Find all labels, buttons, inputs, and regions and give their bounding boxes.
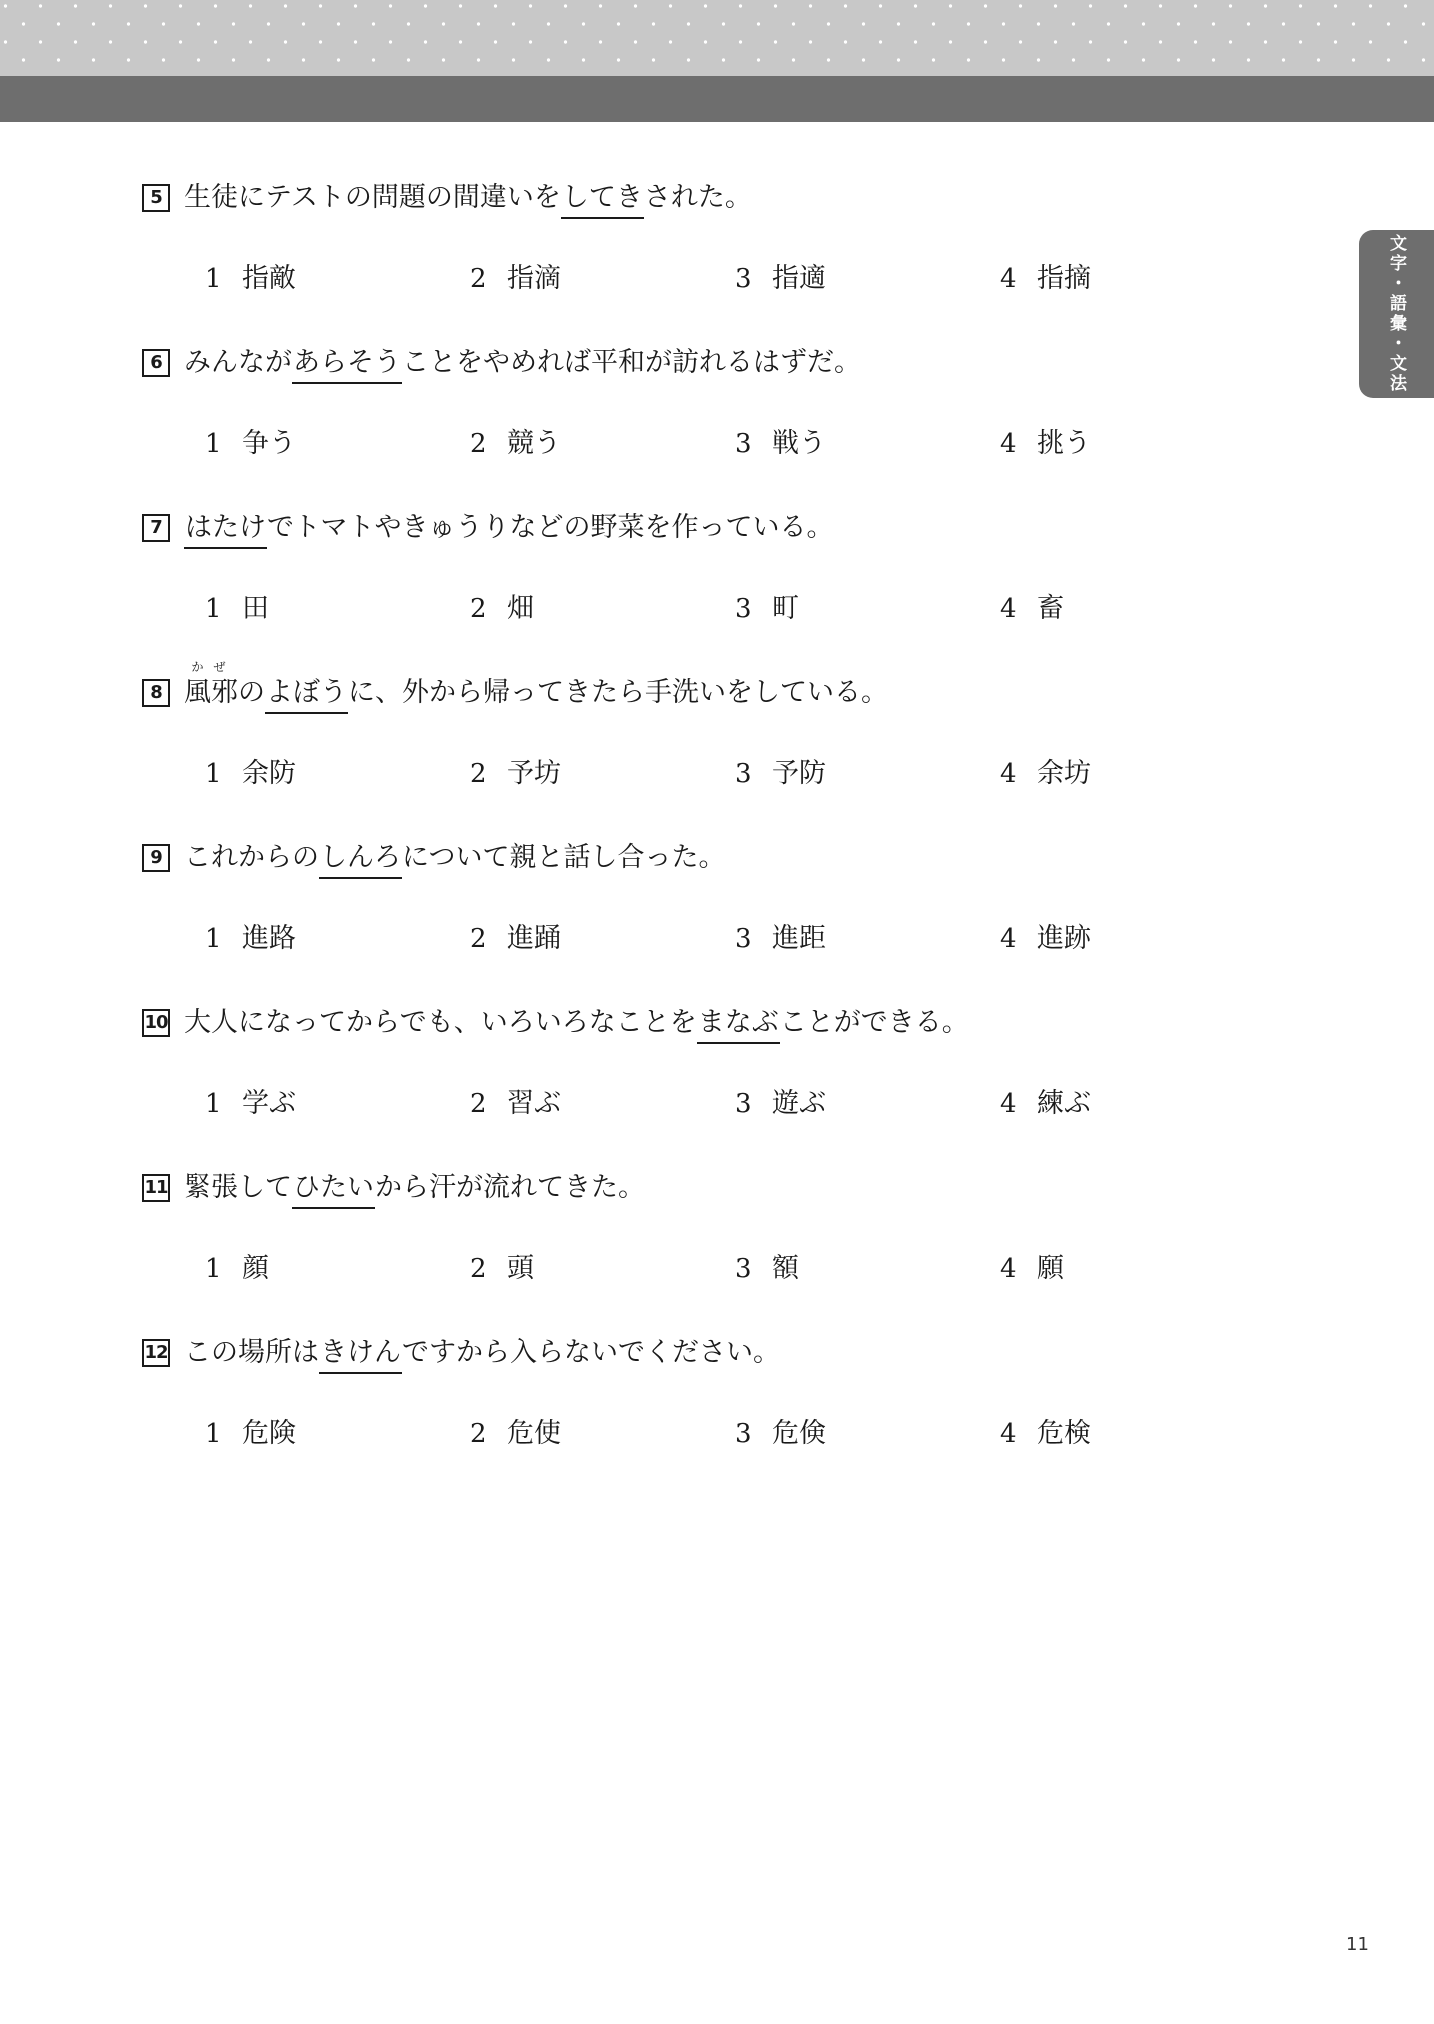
sentence-post-text: に、外から帰ってきたら手洗いをしている。 — [348, 677, 888, 708]
question-number-badge: 8 — [142, 679, 170, 707]
question-sentence-row: 7 はたけでトマトやきゅうりなどの野菜を作っている。 — [142, 510, 1352, 549]
answer-choice: 1 田 — [205, 586, 470, 625]
choice-text: 練ぶ — [1037, 1081, 1091, 1120]
choice-number: 3 — [735, 594, 772, 624]
choice-number: 4 — [1000, 1254, 1037, 1284]
question-sentence: これからのしんろについて親と話し合った。 — [184, 840, 725, 879]
answer-choice: 3 指適 — [735, 256, 1000, 295]
sentence-underlined-word: まなぶ — [697, 1007, 780, 1044]
section-side-tab-label: 文字・語彙・文法 — [1384, 234, 1409, 394]
choice-text: 進踊 — [507, 916, 561, 955]
choice-text: 町 — [772, 586, 799, 625]
ruby-word: かぜ風邪 — [184, 675, 238, 711]
question-number-badge: 7 — [142, 514, 170, 542]
choice-number: 4 — [1000, 429, 1037, 459]
answer-choice: 1 進路 — [205, 916, 470, 955]
sentence-pre-text: 生徒にテストの問題の間違いを — [184, 182, 561, 213]
choice-number: 3 — [735, 759, 772, 789]
question-number: 12 — [144, 1344, 167, 1362]
choice-text: 願 — [1037, 1246, 1064, 1285]
answer-choice: 3 町 — [735, 586, 1000, 625]
answer-choice: 2 危使 — [470, 1411, 735, 1450]
question-number: 9 — [150, 849, 162, 867]
answer-choice: 4 進跡 — [1000, 916, 1265, 955]
sentence-post-text: ですから入らないでください。 — [402, 1337, 780, 1368]
answer-choice: 1 学ぶ — [205, 1081, 470, 1120]
answer-choice: 2 予坊 — [470, 751, 735, 790]
header-dot-pattern-band — [0, 0, 1434, 76]
choice-number: 1 — [205, 759, 242, 789]
sentence-pre-text: これからの — [184, 842, 319, 873]
choice-text: 進跡 — [1037, 916, 1091, 955]
answer-choice: 1 指敵 — [205, 256, 470, 295]
question-sentence: 緊張してひたいから汗が流れてきた。 — [184, 1170, 645, 1209]
exam-page: { "page": { "number": "11", "side_tab_la… — [0, 0, 1434, 2024]
sentence-pre-text: 大人になってからでも、いろいろなことを — [184, 1007, 697, 1038]
sentence-post-text: について親と話し合った。 — [402, 842, 725, 873]
choice-number: 2 — [470, 1089, 507, 1119]
answer-choice: 1 危険 — [205, 1411, 470, 1450]
sentence-pre-text: この場所は — [184, 1337, 319, 1368]
question-number: 8 — [150, 684, 162, 702]
choice-text: 頭 — [507, 1246, 534, 1285]
question-sentence-row: 6 みんながあらそうことをやめれば平和が訪れるはずだ。 — [142, 345, 1352, 384]
sentence-underlined-word: してき — [561, 182, 644, 219]
choice-number: 3 — [735, 1419, 772, 1449]
choice-text: 進距 — [772, 916, 826, 955]
sentence-post-text: から汗が流れてきた。 — [375, 1172, 645, 1203]
choice-number: 3 — [735, 264, 772, 294]
choice-number: 4 — [1000, 594, 1037, 624]
choice-text: 危検 — [1037, 1411, 1091, 1450]
choice-number: 4 — [1000, 264, 1037, 294]
question-number: 10 — [144, 1014, 167, 1032]
choice-number: 3 — [735, 1254, 772, 1284]
choice-number: 3 — [735, 1089, 772, 1119]
question-sentence-row: 10 大人になってからでも、いろいろなことをまなぶことができる。 — [142, 1005, 1352, 1044]
question-sentence-row: 12 この場所はきけんですから入らないでください。 — [142, 1335, 1352, 1374]
answer-choice: 4 危検 — [1000, 1411, 1265, 1450]
sentence-underlined-word: あらそう — [292, 347, 402, 384]
question-sentence: みんながあらそうことをやめれば平和が訪れるはずだ。 — [184, 345, 861, 384]
answer-choice: 4 挑う — [1000, 421, 1265, 460]
question-number-badge: 10 — [142, 1009, 170, 1037]
choices-row: 1 進路 2 進踊 3 進距 4 進跡 — [205, 916, 1265, 955]
choice-number: 2 — [470, 924, 507, 954]
question-sentence-row: 8 かぜ風邪のよぼうに、外から帰ってきたら手洗いをしている。 — [142, 675, 1352, 714]
choice-number: 1 — [205, 924, 242, 954]
answer-choice: 4 願 — [1000, 1246, 1265, 1285]
answer-choice: 2 頭 — [470, 1246, 735, 1285]
answer-choice: 2 習ぶ — [470, 1081, 735, 1120]
question-block: 11 緊張してひたいから汗が流れてきた。 1 顔 2 頭 3 額 4 願 — [142, 1170, 1352, 1320]
choice-number: 1 — [205, 594, 242, 624]
question-number-badge: 11 — [142, 1174, 170, 1202]
choices-row: 1 顔 2 頭 3 額 4 願 — [205, 1246, 1265, 1285]
choice-text: 予坊 — [507, 751, 561, 790]
choice-number: 4 — [1000, 1419, 1037, 1449]
choice-number: 3 — [735, 924, 772, 954]
header-dark-band — [0, 76, 1434, 122]
choice-number: 2 — [470, 1419, 507, 1449]
choice-number: 1 — [205, 429, 242, 459]
question-sentence: 大人になってからでも、いろいろなことをまなぶことができる。 — [184, 1005, 969, 1044]
choice-number: 2 — [470, 264, 507, 294]
sentence-post-text: ことができる。 — [780, 1007, 969, 1038]
question-block: 9 これからのしんろについて親と話し合った。 1 進路 2 進踊 3 進距 4 … — [142, 840, 1352, 990]
choices-row: 1 危険 2 危使 3 危倹 4 危検 — [205, 1411, 1265, 1450]
choice-text: 指敵 — [242, 256, 296, 295]
question-block: 10 大人になってからでも、いろいろなことをまなぶことができる。 1 学ぶ 2 … — [142, 1005, 1352, 1155]
choices-row: 1 争う 2 競う 3 戦う 4 挑う — [205, 421, 1265, 460]
choices-row: 1 田 2 畑 3 町 4 畜 — [205, 586, 1265, 625]
sentence-underlined-word: ひたい — [292, 1172, 375, 1209]
question-number-badge: 9 — [142, 844, 170, 872]
sentence-underlined-word: きけん — [319, 1337, 402, 1374]
sentence-underlined-word: しんろ — [319, 842, 402, 879]
choice-text: 指滴 — [507, 256, 561, 295]
sentence-pre-text: の — [238, 677, 265, 708]
answer-choice: 4 余坊 — [1000, 751, 1265, 790]
choice-text: 顔 — [242, 1246, 269, 1285]
page-number: 11 — [1346, 1934, 1369, 1955]
choice-text: 田 — [242, 586, 269, 625]
answer-choice: 3 額 — [735, 1246, 1000, 1285]
choice-text: 挑う — [1037, 421, 1091, 460]
question-block: 5 生徒にテストの問題の間違いをしてきされた。 1 指敵 2 指滴 3 指適 4… — [142, 180, 1352, 330]
choice-text: 争う — [242, 421, 296, 460]
choice-number: 4 — [1000, 759, 1037, 789]
choice-number: 2 — [470, 429, 507, 459]
question-block: 6 みんながあらそうことをやめれば平和が訪れるはずだ。 1 争う 2 競う 3 … — [142, 345, 1352, 495]
question-block: 7 はたけでトマトやきゅうりなどの野菜を作っている。 1 田 2 畑 3 町 4… — [142, 510, 1352, 660]
choice-text: 予防 — [772, 751, 826, 790]
question-block: 8 かぜ風邪のよぼうに、外から帰ってきたら手洗いをしている。 1 余防 2 予坊… — [142, 675, 1352, 825]
answer-choice: 4 指摘 — [1000, 256, 1265, 295]
choice-text: 危倹 — [772, 1411, 826, 1450]
answer-choice: 2 指滴 — [470, 256, 735, 295]
choice-text: 余防 — [242, 751, 296, 790]
furigana-reading: かぜ — [186, 661, 235, 673]
question-number: 5 — [150, 189, 162, 207]
question-sentence: かぜ風邪のよぼうに、外から帰ってきたら手洗いをしている。 — [184, 675, 888, 714]
choice-text: 学ぶ — [242, 1081, 296, 1120]
answer-choice: 1 顔 — [205, 1246, 470, 1285]
answer-choice: 1 争う — [205, 421, 470, 460]
question-number-badge: 12 — [142, 1339, 170, 1367]
answer-choice: 2 進踊 — [470, 916, 735, 955]
sentence-post-text: された。 — [644, 182, 752, 213]
answer-choice: 2 競う — [470, 421, 735, 460]
question-sentence: この場所はきけんですから入らないでください。 — [184, 1335, 780, 1374]
answer-choice: 3 戦う — [735, 421, 1000, 460]
question-number-badge: 5 — [142, 184, 170, 212]
sentence-underlined-word: よぼう — [265, 677, 348, 714]
question-sentence-row: 5 生徒にテストの問題の間違いをしてきされた。 — [142, 180, 1352, 219]
question-number-badge: 6 — [142, 349, 170, 377]
sentence-pre-text: みんなが — [184, 347, 292, 378]
ruby-base-text: 風邪 — [184, 677, 238, 708]
choice-text: 危険 — [242, 1411, 296, 1450]
choice-number: 1 — [205, 264, 242, 294]
question-sentence: 生徒にテストの問題の間違いをしてきされた。 — [184, 180, 752, 219]
question-sentence: はたけでトマトやきゅうりなどの野菜を作っている。 — [184, 510, 833, 549]
choice-number: 3 — [735, 429, 772, 459]
answer-choice: 2 畑 — [470, 586, 735, 625]
choice-text: 畑 — [507, 586, 534, 625]
choice-number: 1 — [205, 1419, 242, 1449]
question-sentence-row: 9 これからのしんろについて親と話し合った。 — [142, 840, 1352, 879]
choice-text: 戦う — [772, 421, 826, 460]
answer-choice: 4 練ぶ — [1000, 1081, 1265, 1120]
choice-number: 2 — [470, 594, 507, 624]
choice-text: 余坊 — [1037, 751, 1091, 790]
choice-number: 2 — [470, 759, 507, 789]
choice-text: 指適 — [772, 256, 826, 295]
answer-choice: 1 余防 — [205, 751, 470, 790]
section-side-tab: 文字・語彙・文法 — [1359, 230, 1434, 398]
choice-text: 危使 — [507, 1411, 561, 1450]
choice-number: 4 — [1000, 924, 1037, 954]
sentence-post-text: ことをやめれば平和が訪れるはずだ。 — [402, 347, 861, 378]
answer-choice: 4 畜 — [1000, 586, 1265, 625]
choice-number: 1 — [205, 1089, 242, 1119]
choice-text: 競う — [507, 421, 561, 460]
choice-text: 指摘 — [1037, 256, 1091, 295]
sentence-underlined-word: はたけ — [184, 512, 267, 549]
choice-text: 進路 — [242, 916, 296, 955]
choice-text: 習ぶ — [507, 1081, 561, 1120]
answer-choice: 3 予防 — [735, 751, 1000, 790]
question-number: 7 — [150, 519, 162, 537]
question-number: 6 — [150, 354, 162, 372]
choices-row: 1 学ぶ 2 習ぶ 3 遊ぶ 4 練ぶ — [205, 1081, 1265, 1120]
choice-number: 2 — [470, 1254, 507, 1284]
question-number: 11 — [144, 1179, 167, 1197]
answer-choice: 3 遊ぶ — [735, 1081, 1000, 1120]
choice-number: 4 — [1000, 1089, 1037, 1119]
answer-choice: 3 危倹 — [735, 1411, 1000, 1450]
answer-choice: 3 進距 — [735, 916, 1000, 955]
question-block: 12 この場所はきけんですから入らないでください。 1 危険 2 危使 3 危倹… — [142, 1335, 1352, 1485]
choice-text: 遊ぶ — [772, 1081, 826, 1120]
choice-text: 畜 — [1037, 586, 1064, 625]
choices-row: 1 余防 2 予坊 3 予防 4 余坊 — [205, 751, 1265, 790]
sentence-post-text: でトマトやきゅうりなどの野菜を作っている。 — [267, 512, 833, 543]
choice-text: 額 — [772, 1246, 799, 1285]
choice-number: 1 — [205, 1254, 242, 1284]
sentence-pre-text: 緊張して — [184, 1172, 292, 1203]
choices-row: 1 指敵 2 指滴 3 指適 4 指摘 — [205, 256, 1265, 295]
question-sentence-row: 11 緊張してひたいから汗が流れてきた。 — [142, 1170, 1352, 1209]
